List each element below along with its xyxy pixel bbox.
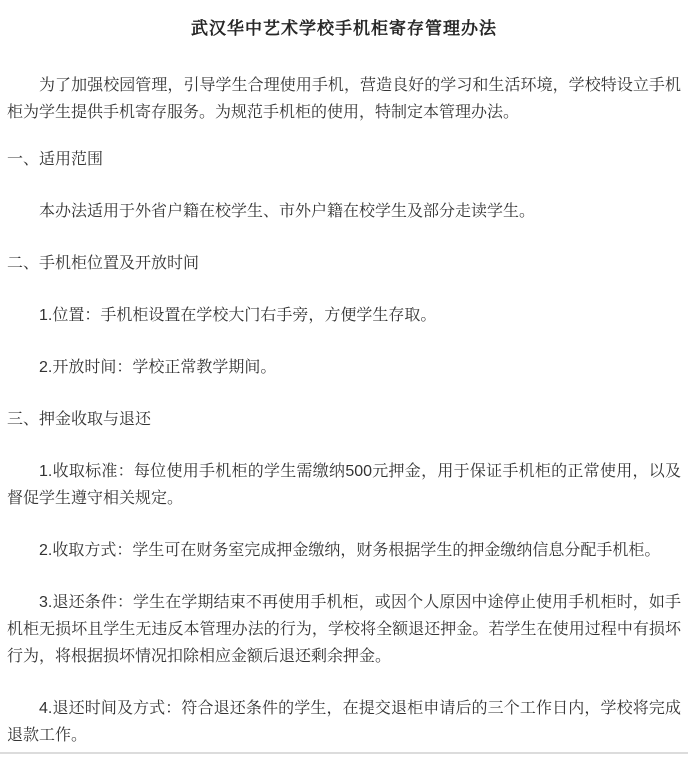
- section-heading-location-hours: 二、手机柜位置及开放时间: [7, 250, 681, 277]
- document-title: 武汉华中艺术学校手机柜寄存管理办法: [7, 0, 681, 41]
- paragraph-location: 1.位置：手机柜设置在学校大门右手旁，方便学生存取。: [7, 302, 681, 329]
- section-heading-deposit: 三、押金收取与退还: [7, 406, 681, 433]
- paragraph-scope: 本办法适用于外省户籍在校学生、市外户籍在校学生及部分走读学生。: [7, 198, 681, 225]
- document-page: 武汉华中艺术学校手机柜寄存管理办法 为了加强校园管理，引导学生合理使用手机，营造…: [0, 0, 688, 757]
- bottom-divider: [0, 752, 688, 754]
- paragraph-open-hours: 2.开放时间：学校正常教学期间。: [7, 354, 681, 381]
- paragraph-deposit-standard: 1.收取标准：每位使用手机柜的学生需缴纳500元押金，用于保证手机柜的正常使用，…: [7, 458, 681, 512]
- intro-paragraph: 为了加强校园管理，引导学生合理使用手机，营造良好的学习和生活环境，学校特设立手机…: [7, 72, 681, 126]
- section-heading-scope: 一、适用范围: [7, 146, 681, 173]
- paragraph-refund-time: 4.退还时间及方式：符合退还条件的学生，在提交退柜申请后的三个工作日内，学校将完…: [7, 695, 681, 749]
- paragraph-refund-conditions: 3.退还条件：学生在学期结束不再使用手机柜，或因个人原因中途停止使用手机柜时，如…: [7, 589, 681, 670]
- paragraph-deposit-method: 2.收取方式：学生可在财务室完成押金缴纳，财务根据学生的押金缴纳信息分配手机柜。: [7, 537, 681, 564]
- document-body: 武汉华中艺术学校手机柜寄存管理办法 为了加强校园管理，引导学生合理使用手机，营造…: [0, 0, 688, 749]
